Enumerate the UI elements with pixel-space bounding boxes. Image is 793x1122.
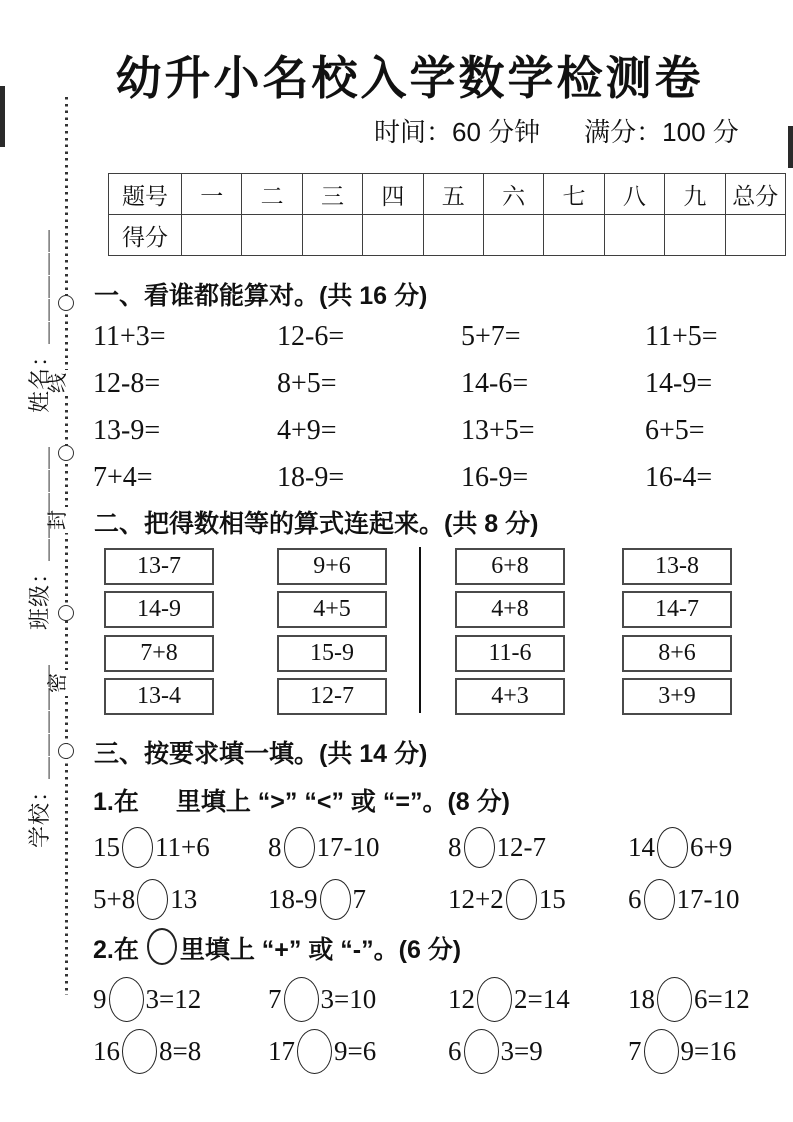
score-table-header-cell: 题号 [109,174,182,215]
sub1-heading-prefix: 1.在 [93,788,139,816]
expression-box: 6+8 [455,548,565,585]
expression-box: 4+5 [277,591,387,628]
answer-circle [122,827,153,868]
school-field: 学校：＿＿＿＿＿ [27,664,53,848]
score-table-header-cell: 七 [544,174,604,215]
section3-heading: 三、按要求填一填。(共 14 分) [94,734,427,770]
sub2-heading-suffix: 里填上 “+” 或 “-”。(6 分) [180,936,461,964]
score-table-header-cell: 总分 [725,174,785,215]
expression-box: 12-7 [277,678,387,715]
math-problem: 18-9= [277,461,344,495]
paper-title: 幼升小名校入学数学检测卷 [0,42,793,108]
scan-mark-right [788,126,793,168]
math-problem: 12-6= [277,320,344,354]
compare-problem: 817-10 [268,824,380,870]
math-problem: 14-9= [645,367,712,401]
operator-problem: 73=10 [268,976,376,1022]
answer-circle [644,879,675,920]
score-cell-empty [363,215,423,256]
exam-paper: 幼升小名校入学数学检测卷 时间：60 分钟满分：100 分 题号 一 二 三 四… [0,0,793,1122]
answer-circle [297,1029,332,1074]
expression-box: 14-9 [104,591,214,628]
expression-box: 3+9 [622,678,732,715]
sub1-heading: 1.在里填上 “>” “<” 或 “=”。(8 分) [93,782,510,818]
answer-circle [477,977,512,1022]
matching-divider-line [419,547,421,713]
time-info: 时间：60 分钟 [374,117,540,147]
score-cell-empty [604,215,664,256]
score-table-header-cell: 二 [242,174,302,215]
compare-problem: 5+813 [93,876,197,922]
expression-box: 9+6 [277,548,387,585]
math-problem: 4+9= [277,414,337,448]
expression-box: 8+6 [622,635,732,672]
score-info: 满分：100 分 [584,117,739,147]
expression-box: 15-9 [277,635,387,672]
answer-circle [122,1029,157,1074]
expression-box: 11-6 [455,635,565,672]
score-cell-empty [544,215,604,256]
answer-circle [644,1029,679,1074]
math-problem: 11+5= [645,320,718,354]
operator-problem: 79=16 [628,1028,736,1074]
operator-problem: 179=6 [268,1028,376,1074]
math-problem: 6+5= [645,414,705,448]
class-field: 班级：＿＿＿＿＿ [27,446,53,630]
circle-icon [147,928,177,965]
score-cell-empty [302,215,362,256]
name-field: 姓名：＿＿＿＿＿ [27,229,53,413]
score-table-header-cell: 六 [483,174,543,215]
section1-heading: 一、看谁都能算对。(共 16 分) [94,276,427,312]
sub2-heading: 2.在里填上 “+” 或 “-”。(6 分) [93,928,461,966]
operator-problem: 122=14 [448,976,570,1022]
expression-box: 13-4 [104,678,214,715]
score-cell-empty [725,215,785,256]
score-table: 题号 一 二 三 四 五 六 七 八 九 总分 得分 [108,173,786,256]
answer-circle [284,977,319,1022]
score-table-header-cell: 一 [182,174,242,215]
compare-problem: 812-7 [448,824,546,870]
section2-heading: 二、把得数相等的算式连起来。(共 8 分) [94,504,538,540]
seal-circle [58,445,74,461]
seal-circle [58,743,74,759]
score-table-header-cell: 四 [363,174,423,215]
answer-circle [464,1029,499,1074]
answer-circle [284,827,315,868]
score-table-header-cell: 五 [423,174,483,215]
operator-problem: 63=9 [448,1028,543,1074]
score-table-header-cell: 三 [302,174,362,215]
expression-box: 13-7 [104,548,214,585]
answer-circle [464,827,495,868]
score-cell-empty [423,215,483,256]
operator-problem: 186=12 [628,976,750,1022]
answer-circle [657,827,688,868]
score-table-header-cell: 九 [665,174,725,215]
score-cell-empty [665,215,725,256]
math-problem: 8+5= [277,367,337,401]
score-table-header-cell: 八 [604,174,664,215]
answer-circle [657,977,692,1022]
answer-circle [320,879,351,920]
math-problem: 13-9= [93,414,160,448]
math-problem: 13+5= [461,414,535,448]
score-cell-empty [242,215,302,256]
compare-problem: 18-97 [268,876,366,922]
compare-problem: 1511+6 [93,824,210,870]
answer-circle [137,879,168,920]
math-problem: 11+3= [93,320,166,354]
paper-info: 时间：60 分钟满分：100 分 [374,112,739,149]
compare-problem: 12+215 [448,876,566,922]
sub2-heading-prefix: 2.在 [93,936,139,964]
operator-problem: 93=12 [93,976,201,1022]
answer-circle [109,977,144,1022]
sub1-heading-suffix: 里填上 “>” “<” 或 “=”。(8 分) [176,788,510,816]
compare-problem: 617-10 [628,876,740,922]
expression-box: 4+3 [455,678,565,715]
expression-box: 14-7 [622,591,732,628]
score-table-score-row: 得分 [109,215,786,256]
math-problem: 16-4= [645,461,712,495]
score-cell-empty [182,215,242,256]
expression-box: 7+8 [104,635,214,672]
seal-circle [58,295,74,311]
compare-problem: 146+9 [628,824,732,870]
score-table-header-row: 题号 一 二 三 四 五 六 七 八 九 总分 [109,174,786,215]
math-problem: 5+7= [461,320,521,354]
math-problem: 14-6= [461,367,528,401]
seal-dotted-line [65,97,68,995]
seal-circle [58,605,74,621]
math-problem: 12-8= [93,367,160,401]
expression-box: 4+8 [455,591,565,628]
score-cell-empty [483,215,543,256]
expression-box: 13-8 [622,548,732,585]
math-problem: 16-9= [461,461,528,495]
score-row-label: 得分 [109,215,182,256]
answer-circle [506,879,537,920]
operator-problem: 168=8 [93,1028,201,1074]
math-problem: 7+4= [93,461,153,495]
